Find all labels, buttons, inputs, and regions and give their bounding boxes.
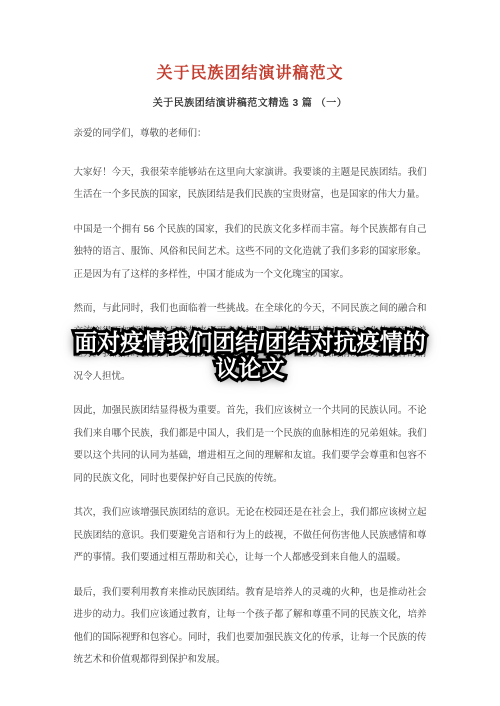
page-subtitle: 关于民族团结演讲稿范文精选 3 篇 （一） [0, 94, 500, 109]
essay-paragraph-4: 因此，加强民族团结显得极为重要。首先，我们应该树立一个共同的民族认同。不论我们来… [74, 400, 427, 490]
essay-paragraph-3: 然而，与此同时，我们也面临着一些挑战。在全球化的今天，不同民族之间的融合和交流变… [74, 298, 427, 388]
essay-paragraph-2: 中国是一个拥有 56 个民族的国家，我们的民族文化多样而丰富。每个民族都有自己独… [74, 219, 427, 287]
greeting-line: 亲爱的同学们，尊敬的老师们： [74, 123, 427, 146]
essay-paragraph-1: 大家好！今天，我很荣幸能够站在这里向大家演讲。我要谈的主题是民族团结。我们生活在… [74, 162, 427, 207]
document-page: 关于民族团结演讲稿范文 关于民族团结演讲稿范文精选 3 篇 （一） 亲爱的同学们… [0, 0, 500, 706]
page-title: 关于民族团结演讲稿范文 [0, 60, 500, 83]
essay-paragraph-6: 最后，我们要利用教育来推动民族团结。教育是培养人的灵魂的火种，也是推动社会进步的… [74, 582, 427, 672]
essay-body: 亲爱的同学们，尊敬的老师们： 大家好！今天，我很荣幸能够站在这里向大家演讲。我要… [74, 123, 427, 672]
essay-paragraph-5: 其次，我们应该增强民族团结的意识。无论在校园还是在社会上，我们都应该树立起民族团… [74, 502, 427, 570]
